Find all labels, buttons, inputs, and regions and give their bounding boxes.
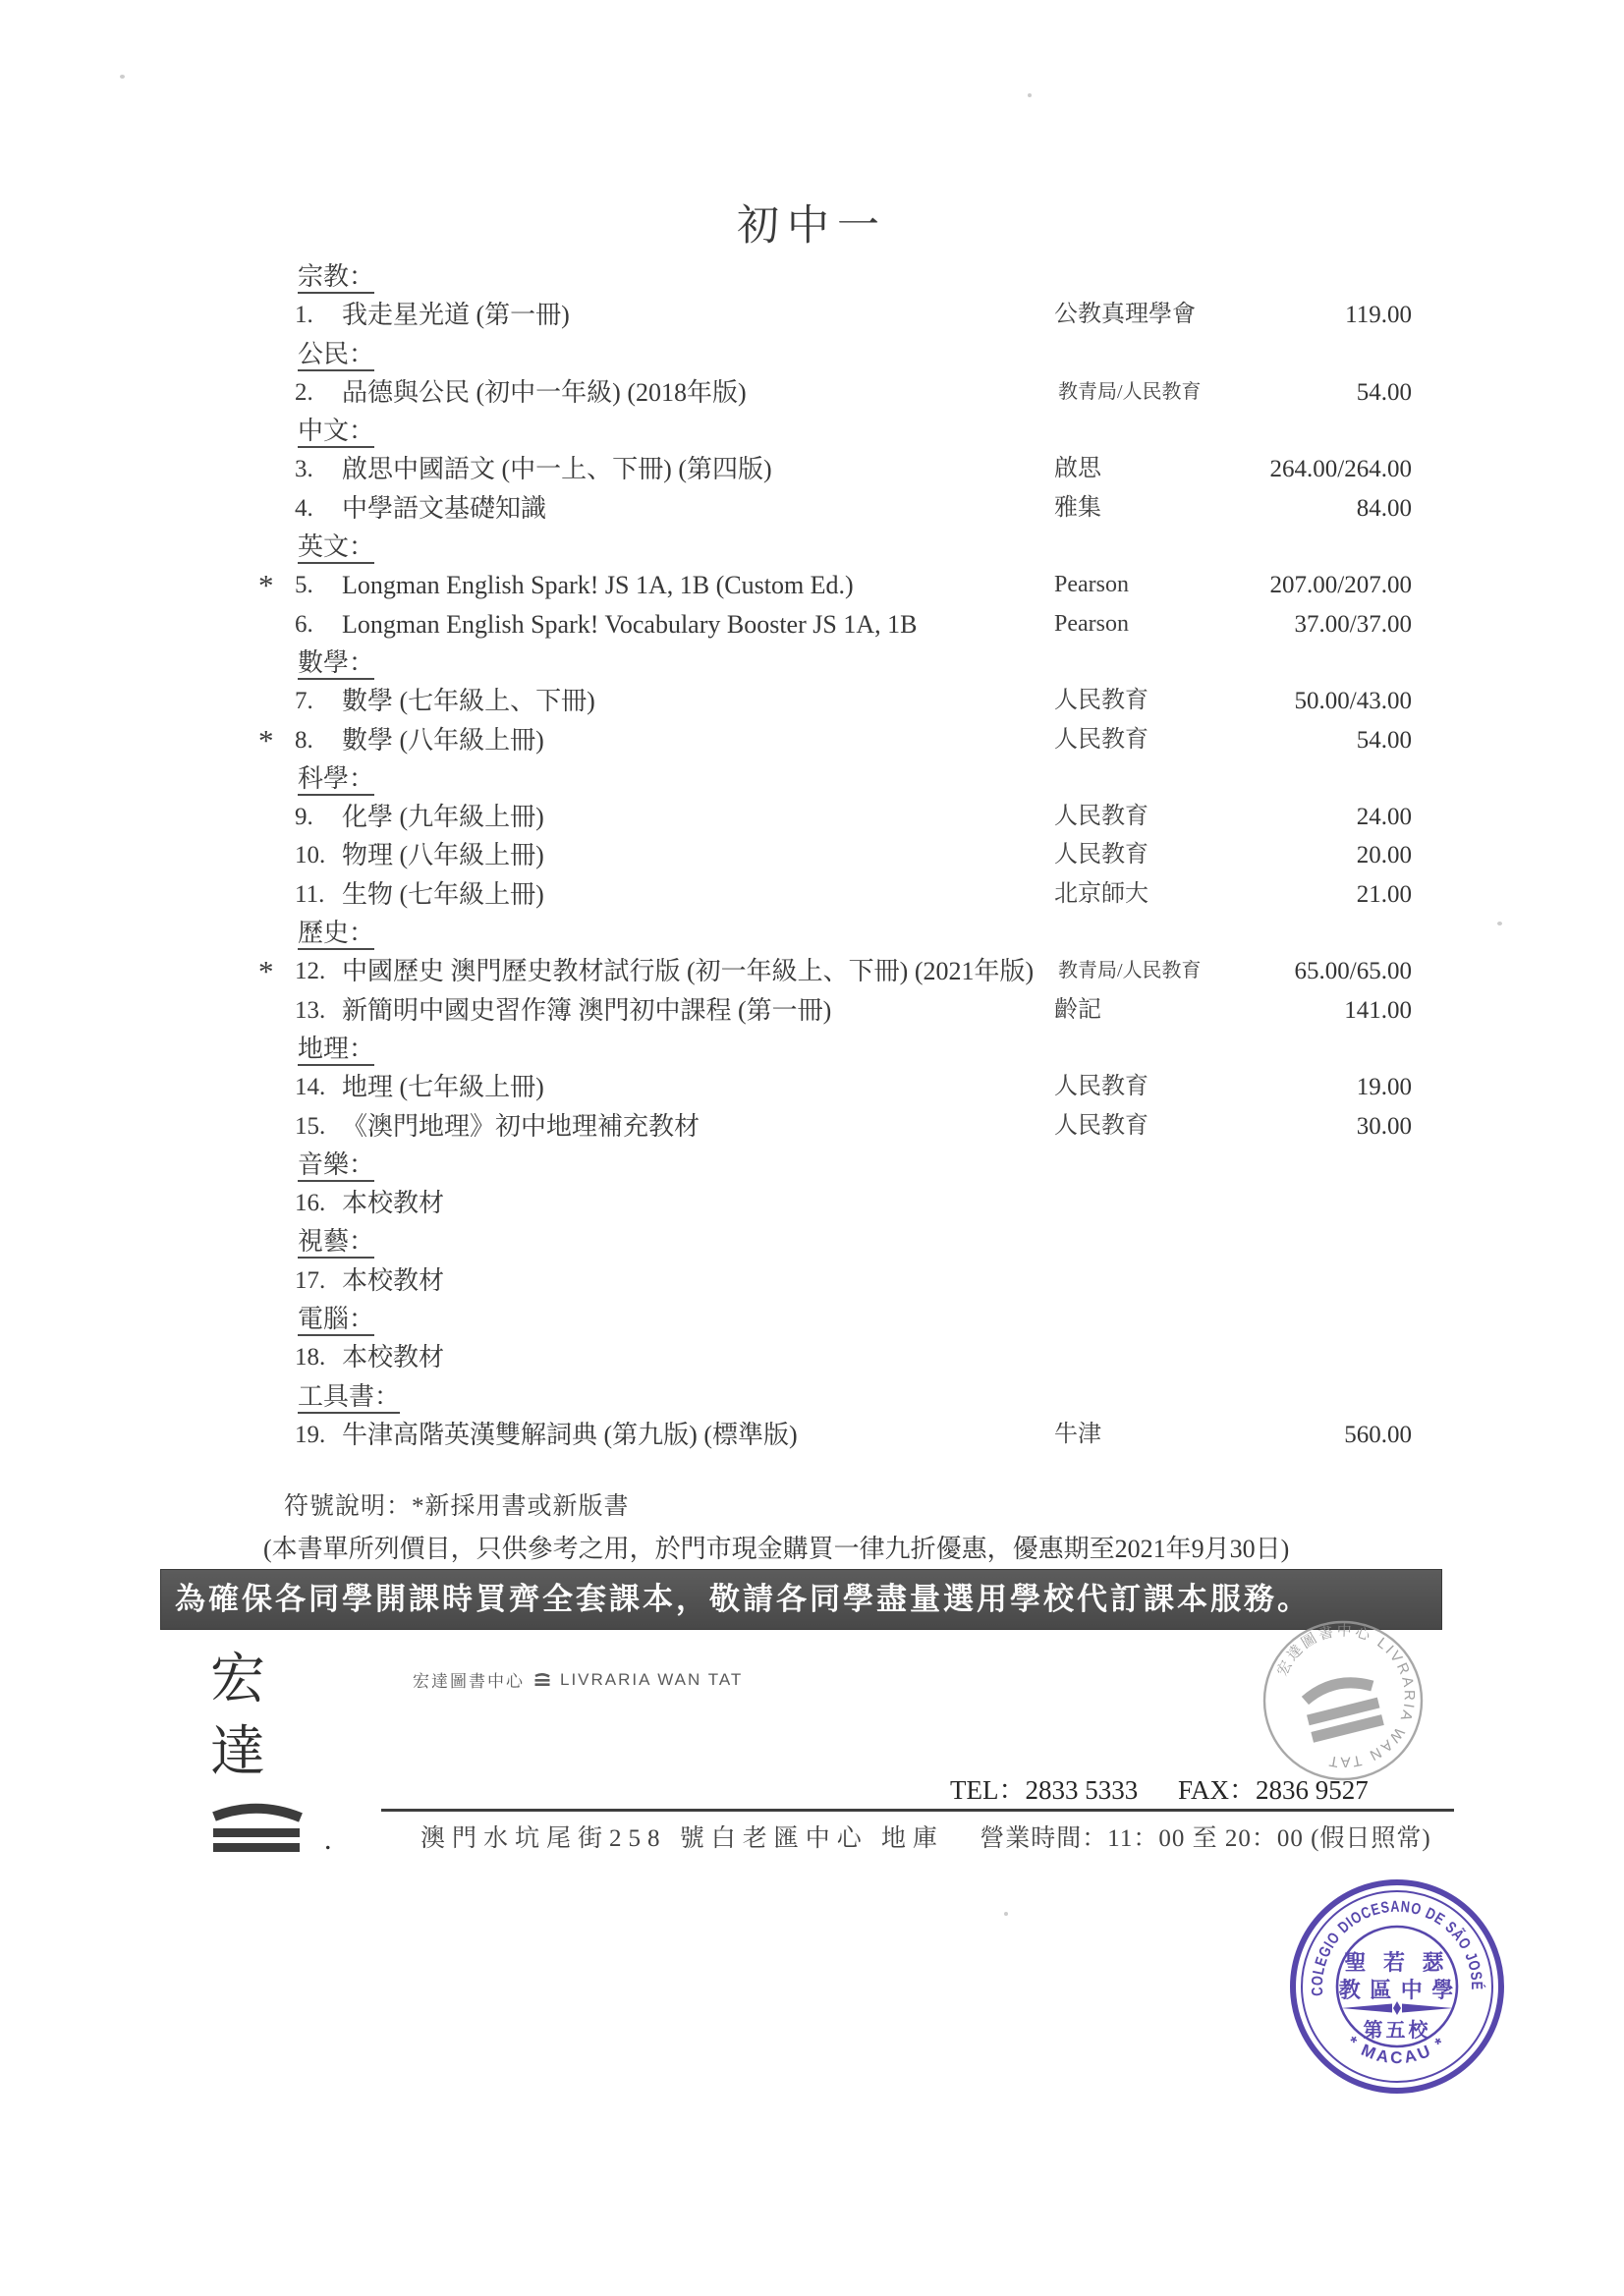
book-number: 13. <box>295 991 325 1030</box>
book-publisher: 牛津 <box>1054 1416 1101 1454</box>
book-price: 50.00/43.00 <box>1295 682 1412 720</box>
book-row: 3.啟思中國語文 (中一上、下冊) (第四版)啟思264.00/264.00 <box>0 450 1624 488</box>
book-title: 《澳門地理》初中地理補充教材 <box>342 1107 700 1146</box>
book-row: 16.本校教材 <box>0 1184 1624 1222</box>
book-price: 141.00 <box>1344 991 1412 1030</box>
book-publisher: 人民教育 <box>1054 721 1148 759</box>
book-number: 16. <box>295 1184 325 1222</box>
scanned-booklist-page: 初中一 宗教：1.我走星光道 (第一冊)公教真理學會119.00公民：2.品德與… <box>0 0 1624 2296</box>
book-number: 4. <box>295 489 313 528</box>
telephone-number: TEL：2833 5333 <box>950 1775 1138 1805</box>
book-list: 宗教：1.我走星光道 (第一冊)公教真理學會119.00公民：2.品德與公民 (… <box>0 257 1624 1454</box>
book-row: 1.我走星光道 (第一冊)公教真理學會119.00 <box>0 296 1624 334</box>
book-row: *8.數學 (八年級上冊)人民教育54.00 <box>0 721 1624 759</box>
book-row: 9.化學 (九年級上冊)人民教育24.00 <box>0 798 1624 836</box>
book-row: 4.中學語文基礎知識雅集84.00 <box>0 489 1624 528</box>
symbol-note: 符號說明：*新採用書或新版書 <box>284 1486 630 1522</box>
scan-speck <box>1004 1912 1008 1916</box>
book-title: 啟思中國語文 (中一上、下冊) (第四版) <box>342 450 772 488</box>
section-label: 數學： <box>298 644 374 682</box>
book-title: 生物 (七年級上冊) <box>342 875 544 914</box>
street-address: 澳門水坑尾街258 號白老匯中心 地庫 <box>420 1825 944 1852</box>
book-price: 84.00 <box>1357 489 1412 528</box>
school-round-stamp: COLEGIO DIOCESANO DE SÃO JOSÉ * MACAU * … <box>1282 1872 1512 2101</box>
school-stamp-inner-line2: 教 區 中 學 <box>1339 1978 1456 2002</box>
section-label: 歷史： <box>298 914 374 952</box>
scan-speck <box>120 75 125 79</box>
book-row: *12.中國歷史 澳門歷史教材試行版 (初一年級上、下冊) (2021年版)教青… <box>0 952 1624 990</box>
book-number: 18. <box>295 1338 325 1376</box>
section-label-text: 音樂： <box>298 1150 374 1182</box>
book-title: 地理 (七年級上冊) <box>342 1068 544 1106</box>
book-number: 2. <box>295 373 313 412</box>
book-row: 2.品德與公民 (初中一年級) (2018年版)教青局/人民教育54.00 <box>0 373 1624 412</box>
book-row: *5.Longman English Spark! JS 1A, 1B (Cus… <box>0 566 1624 604</box>
book-price: 20.00 <box>1357 836 1412 874</box>
book-number: 1. <box>295 296 313 334</box>
book-price: 65.00/65.00 <box>1295 952 1412 990</box>
book-number: 17. <box>295 1261 325 1300</box>
section-label-text: 科學： <box>298 764 374 796</box>
reminder-banner: 為確保各同學開課時買齊全套課本，敬請各同學盡量選用學校代訂課本服務。 <box>160 1569 1442 1630</box>
wantat-tribar-logo-icon <box>208 1803 307 1858</box>
section-label: 中文： <box>298 412 374 450</box>
section-header-row: 工具書： <box>0 1377 1624 1416</box>
book-title: 品德與公民 (初中一年級) (2018年版) <box>342 373 747 412</box>
book-row: 11.生物 (七年級上冊)北京師大21.00 <box>0 875 1624 914</box>
business-hours: 營業時間：11：00 至 20：00 (假日照常) <box>980 1825 1430 1852</box>
book-price: 560.00 <box>1344 1416 1412 1454</box>
book-publisher: 北京師大 <box>1054 875 1148 914</box>
section-label-text: 歷史： <box>298 919 374 950</box>
book-number: 19. <box>295 1416 325 1454</box>
school-stamp-inner-line3: 第五校 <box>1364 2018 1431 2042</box>
book-publisher: 人民教育 <box>1054 798 1148 836</box>
book-publisher: 教青局/人民教育 <box>1058 952 1202 990</box>
book-title: 本校教材 <box>342 1184 444 1222</box>
brand-character-1: 宏 <box>210 1652 265 1708</box>
page-title: 初中一 <box>0 193 1624 252</box>
address-line: 澳門水坑尾街258 號白老匯中心 地庫 營業時間：11：00 至 20：00 (… <box>420 1819 1431 1854</box>
book-row: 6.Longman English Spark! Vocabulary Boos… <box>0 605 1624 644</box>
section-label-text: 工具書： <box>298 1382 400 1414</box>
section-label-text: 公民： <box>298 340 374 371</box>
book-title: 數學 (八年級上冊) <box>342 721 544 759</box>
book-publisher: 雅集 <box>1054 489 1101 528</box>
new-book-asterisk: * <box>258 721 274 759</box>
book-price: 19.00 <box>1357 1068 1412 1106</box>
book-title: 物理 (八年級上冊) <box>342 836 544 874</box>
scan-dot: . <box>324 1823 332 1857</box>
section-label: 電腦： <box>298 1300 374 1338</box>
section-label: 英文： <box>298 528 374 566</box>
section-header-row: 音樂： <box>0 1146 1624 1184</box>
book-number: 15. <box>295 1107 325 1146</box>
book-price: 119.00 <box>1345 296 1412 334</box>
book-price: 30.00 <box>1357 1107 1412 1146</box>
book-number: 14. <box>295 1068 325 1106</box>
book-publisher: 人民教育 <box>1054 836 1148 874</box>
book-row: 14.地理 (七年級上冊)人民教育19.00 <box>0 1068 1624 1106</box>
book-number: 6. <box>295 605 313 644</box>
book-price: 207.00/207.00 <box>1270 566 1412 604</box>
book-publisher: Pearson <box>1054 566 1129 604</box>
tribar-icon <box>533 1672 551 1687</box>
shop-name-zh: 宏達圖書中心 <box>413 1667 525 1692</box>
book-publisher: 人民教育 <box>1054 1068 1148 1106</box>
bookstore-round-stamp: 宏達圖書中心 LIVRARIA WAN TAT <box>1260 1617 1427 1784</box>
book-row: 7.數學 (七年級上、下冊)人民教育50.00/43.00 <box>0 682 1624 720</box>
book-row: 19.牛津高階英漢雙解詞典 (第九版) (標準版)牛津560.00 <box>0 1416 1624 1454</box>
book-publisher: 人民教育 <box>1054 682 1148 720</box>
book-title: 我走星光道 (第一冊) <box>342 296 570 334</box>
pricing-note: (本書單所列價目，只供參考之用，於門市現金購買一律九折優惠，優惠期至2021年9… <box>263 1529 1289 1565</box>
book-price: 37.00/37.00 <box>1295 605 1412 644</box>
section-header-row: 歷史： <box>0 914 1624 952</box>
book-number: 5. <box>295 566 313 604</box>
book-title: Longman English Spark! JS 1A, 1B (Custom… <box>342 566 854 604</box>
section-label: 視藝： <box>298 1222 374 1260</box>
section-label-text: 視藝： <box>298 1227 374 1259</box>
section-label-text: 宗教： <box>298 262 374 294</box>
section-label: 公民： <box>298 335 374 373</box>
scan-speck <box>1028 93 1032 97</box>
book-publisher: Pearson <box>1054 605 1129 644</box>
book-row: 10.物理 (八年級上冊)人民教育20.00 <box>0 836 1624 874</box>
shop-name-pt: LIVRARIA WAN TAT <box>560 1670 743 1690</box>
book-publisher: 教青局/人民教育 <box>1058 373 1202 412</box>
section-header-row: 宗教： <box>0 257 1624 296</box>
section-header-row: 中文： <box>0 412 1624 450</box>
school-stamp-inner-line1: 聖 若 瑟 <box>1344 1950 1449 1975</box>
book-row: 17.本校教材 <box>0 1261 1624 1300</box>
book-number: 7. <box>295 682 313 720</box>
book-price: 264.00/264.00 <box>1270 450 1412 488</box>
book-number: 11. <box>295 875 324 914</box>
book-title: 牛津高階英漢雙解詞典 (第九版) (標準版) <box>342 1416 798 1454</box>
book-row: 18.本校教材 <box>0 1338 1624 1376</box>
book-publisher: 人民教育 <box>1054 1107 1148 1146</box>
book-price: 21.00 <box>1357 875 1412 914</box>
footer-divider-line <box>381 1809 1454 1812</box>
book-title: 化學 (九年級上冊) <box>342 798 544 836</box>
book-price: 54.00 <box>1357 721 1412 759</box>
new-book-asterisk: * <box>258 952 274 990</box>
book-price: 24.00 <box>1357 798 1412 836</box>
book-publisher: 啟思 <box>1054 450 1101 488</box>
section-label: 科學： <box>298 759 374 798</box>
book-title: 本校教材 <box>342 1261 444 1300</box>
new-book-asterisk: * <box>258 566 274 604</box>
section-header-row: 數學： <box>0 644 1624 682</box>
section-header-row: 電腦： <box>0 1300 1624 1338</box>
brand-character-2: 達 <box>210 1725 265 1780</box>
reminder-banner-text: 為確保各同學開課時買齊全套課本，敬請各同學盡量選用學校代訂課本服務。 <box>161 1570 1441 1629</box>
section-header-row: 地理： <box>0 1030 1624 1068</box>
book-title: 中國歷史 澳門歷史教材試行版 (初一年級上、下冊) (2021年版) <box>342 952 1034 990</box>
scan-speck <box>1497 922 1502 925</box>
book-price: 54.00 <box>1357 373 1412 412</box>
section-label: 地理： <box>298 1030 374 1068</box>
section-label: 工具書： <box>298 1377 400 1416</box>
book-title: 新簡明中國史習作簿 澳門初中課程 (第一冊) <box>342 991 831 1030</box>
book-row: 15.《澳門地理》初中地理補充教材人民教育30.00 <box>0 1107 1624 1146</box>
book-publisher: 齡記 <box>1054 991 1101 1030</box>
school-stamp-divider-ornament <box>1341 2001 1453 2015</box>
section-label-text: 中文： <box>298 417 374 448</box>
book-number: 9. <box>295 798 313 836</box>
book-row: 13.新簡明中國史習作簿 澳門初中課程 (第一冊)齡記141.00 <box>0 991 1624 1030</box>
book-title: 本校教材 <box>342 1338 444 1376</box>
section-header-row: 英文： <box>0 528 1624 566</box>
svg-text:宏達圖書中心 LIVRARIA WAN TAT: 宏達圖書中心 LIVRARIA WAN TAT <box>1274 1623 1418 1770</box>
book-title: Longman English Spark! Vocabulary Booste… <box>342 605 917 644</box>
book-number: 10. <box>295 836 325 874</box>
section-header-row: 公民： <box>0 335 1624 373</box>
section-label-text: 數學： <box>298 648 374 680</box>
section-header-row: 科學： <box>0 759 1624 798</box>
section-label-text: 英文： <box>298 532 374 564</box>
section-label-text: 地理： <box>298 1035 374 1066</box>
book-title: 中學語文基礎知識 <box>342 489 546 528</box>
section-header-row: 視藝： <box>0 1222 1624 1260</box>
shop-name-line: 宏達圖書中心 LIVRARIA WAN TAT <box>413 1667 743 1692</box>
book-publisher: 公教真理學會 <box>1054 296 1196 334</box>
book-number: 8. <box>295 721 313 759</box>
section-label: 音樂： <box>298 1146 374 1184</box>
book-title: 數學 (七年級上、下冊) <box>342 682 595 720</box>
book-number: 12. <box>295 952 325 990</box>
bookstore-stamp-ring-text: 宏達圖書中心 LIVRARIA WAN TAT <box>1274 1623 1418 1770</box>
section-label-text: 電腦： <box>298 1305 374 1336</box>
book-number: 3. <box>295 450 313 488</box>
section-label: 宗教： <box>298 257 374 296</box>
